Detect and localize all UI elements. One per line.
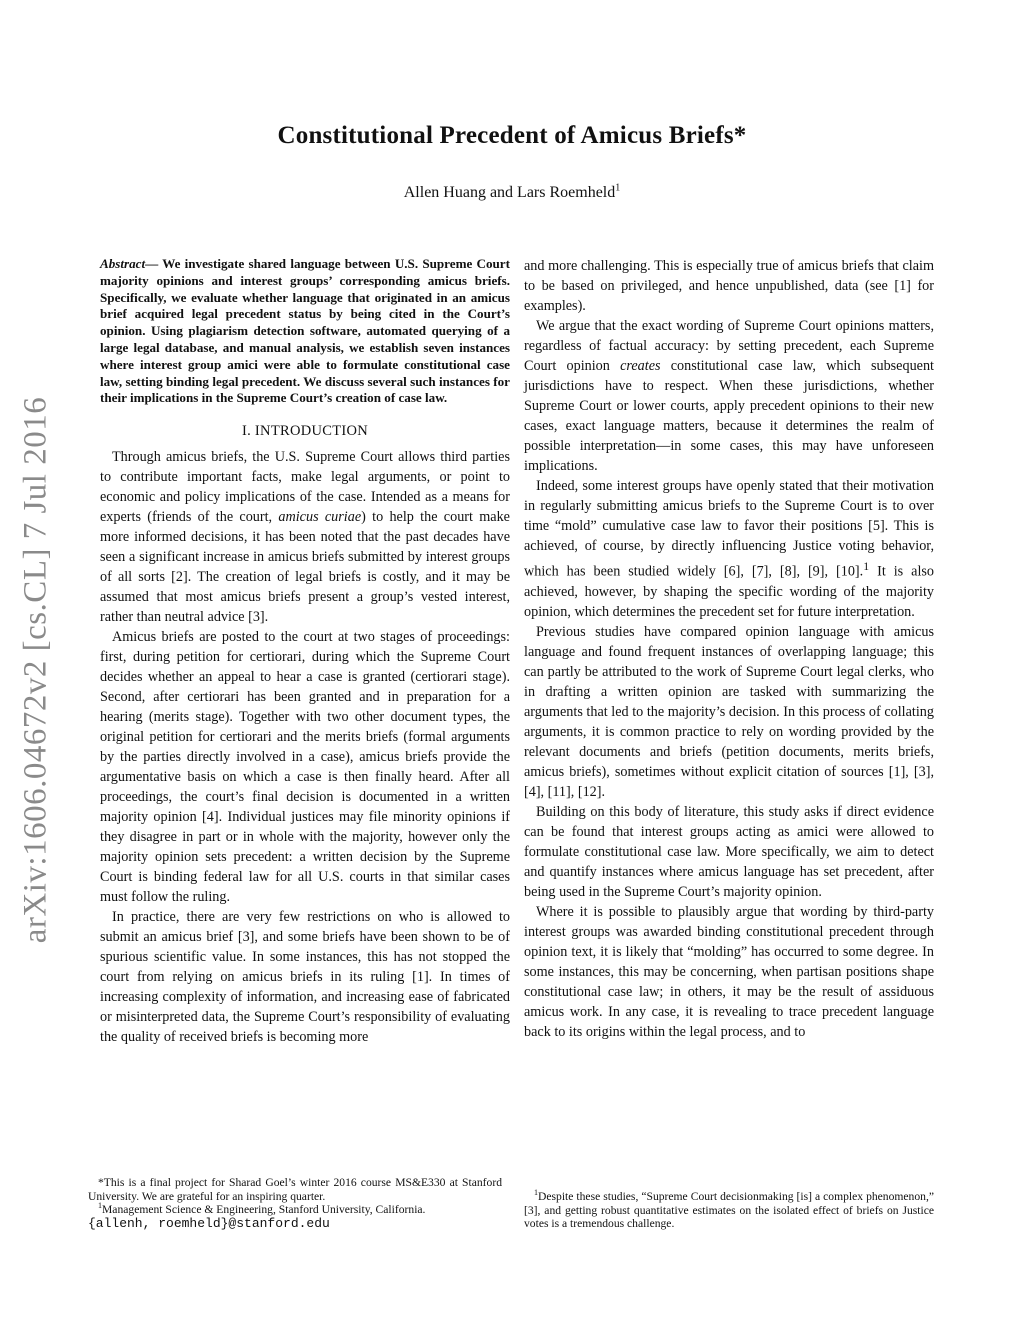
italic-term: creates <box>620 358 660 374</box>
right-column: and more challenging. This is especially… <box>524 256 934 1042</box>
section-heading-introduction: I. INTRODUCTION <box>100 421 510 441</box>
intro-paragraph-7: Building on this body of literature, thi… <box>524 802 934 902</box>
left-column: Abstract— We investigate shared language… <box>100 256 510 1047</box>
author-affiliation-mark: 1 <box>615 183 620 194</box>
footnote-1: 1Despite these studies, “Supreme Court d… <box>524 1190 934 1231</box>
affiliation-text: Management Science & Engineering, Stanfo… <box>102 1203 425 1216</box>
intro-paragraph-5: Indeed, some interest groups have openly… <box>524 476 934 622</box>
author-emails[interactable]: {allenh, roemheld}@stanford.edu <box>88 1217 502 1231</box>
paragraph-text: ) to help the court make more informed d… <box>100 509 510 625</box>
author-names: Allen Huang and Lars Roemheld <box>404 184 616 201</box>
abstract-text: We investigate shared language between U… <box>100 256 510 405</box>
intro-paragraph-6: Previous studies have compared opinion l… <box>524 622 934 802</box>
intro-paragraph-4: We argue that the exact wording of Supre… <box>524 316 934 476</box>
intro-paragraph-3: In practice, there are very few restrict… <box>100 907 510 1047</box>
italic-term: amicus curiae <box>278 509 361 525</box>
footnotes-left: *This is a final project for Sharad Goel… <box>88 1176 502 1230</box>
abstract-dash: — <box>145 256 162 271</box>
footnotes-right: 1Despite these studies, “Supreme Court d… <box>524 1190 934 1231</box>
paragraph-text: constitutional case law, which subsequen… <box>524 358 934 474</box>
abstract: Abstract— We investigate shared language… <box>100 256 510 407</box>
intro-paragraph-3-continued: and more challenging. This is especially… <box>524 256 934 316</box>
footnote-star: *This is a final project for Sharad Goel… <box>88 1176 502 1203</box>
footnote-text: Despite these studies, “Supreme Court de… <box>524 1190 934 1230</box>
footnote-affiliation: 1Management Science & Engineering, Stanf… <box>88 1203 502 1217</box>
arxiv-identifier-stamp: arXiv:1606.04672v2 [cs.CL] 7 Jul 2016 <box>18 397 55 943</box>
intro-paragraph-2: Amicus briefs are posted to the court at… <box>100 627 510 907</box>
abstract-label: Abstract <box>100 256 145 271</box>
intro-paragraph-1: Through amicus briefs, the U.S. Supreme … <box>100 447 510 627</box>
intro-paragraph-8: Where it is possible to plausibly argue … <box>524 902 934 1042</box>
paper-title: Constitutional Precedent of Amicus Brief… <box>0 122 1024 150</box>
author-line: Allen Huang and Lars Roemheld1 <box>0 184 1024 202</box>
